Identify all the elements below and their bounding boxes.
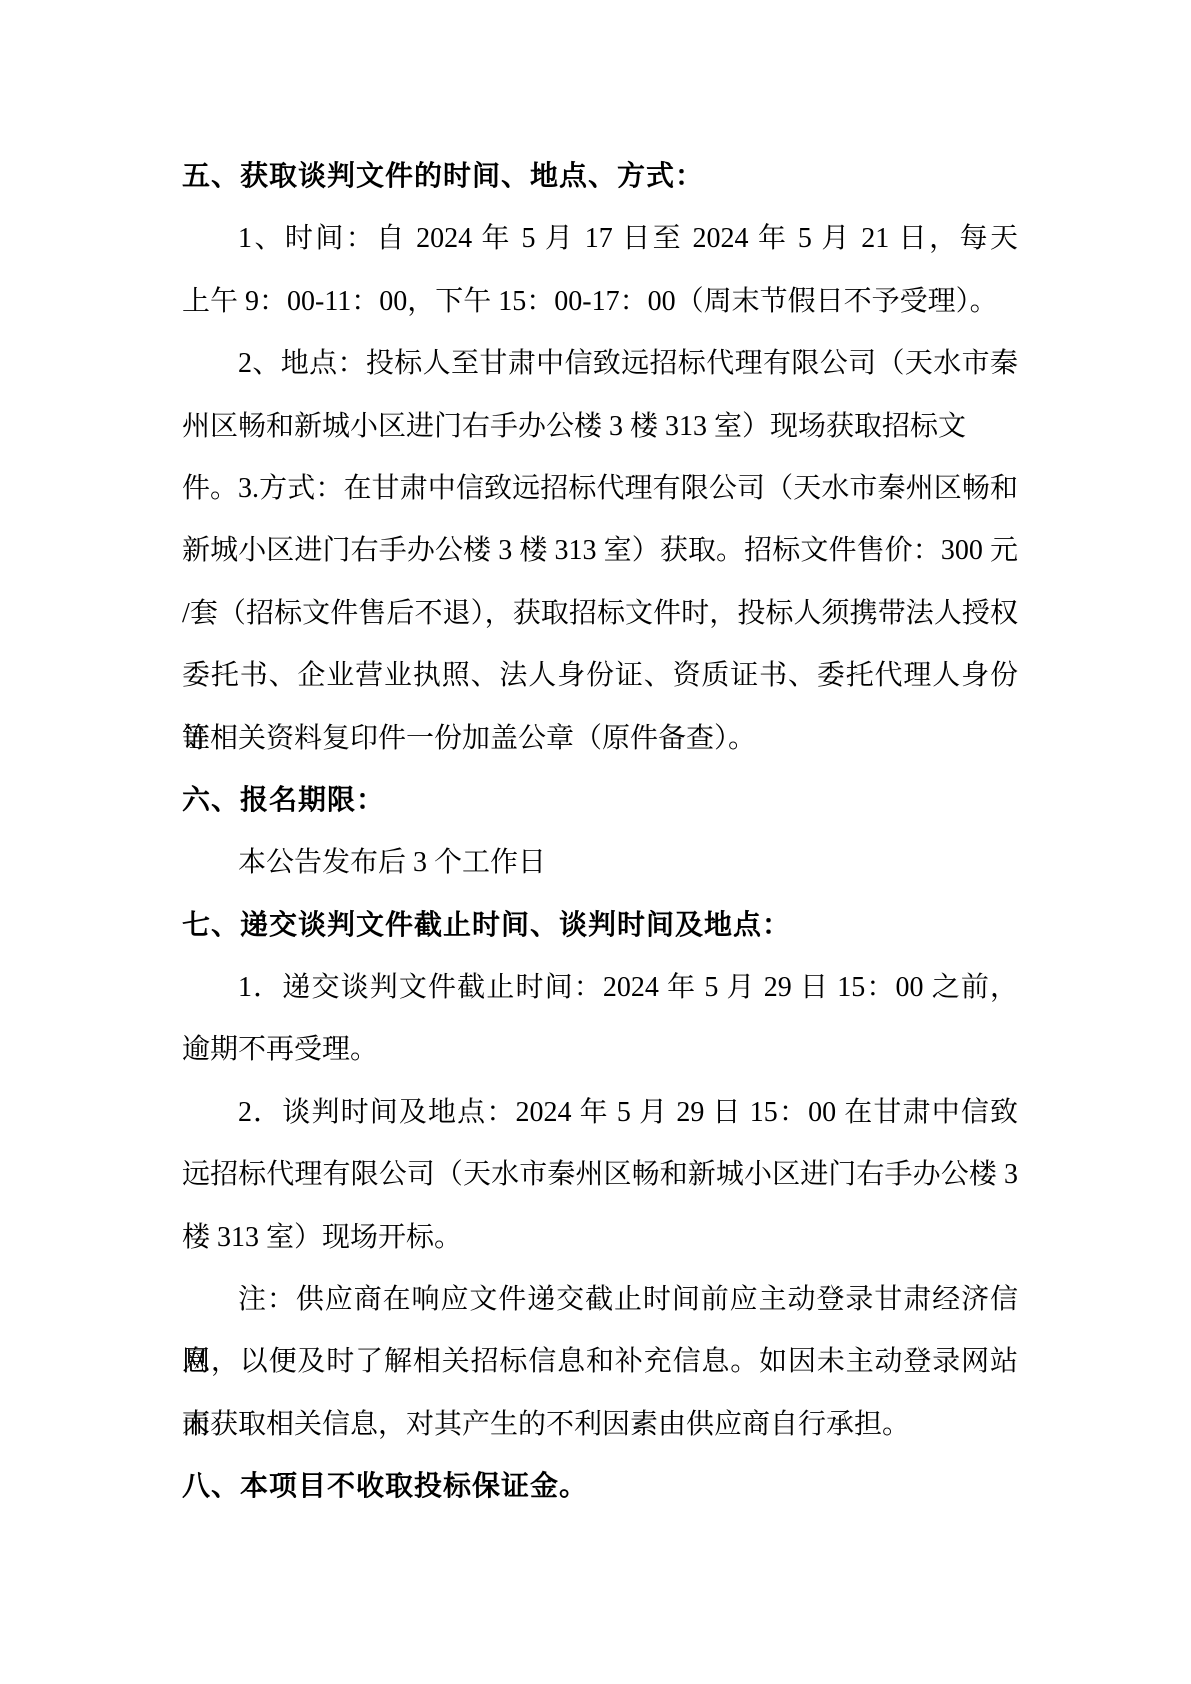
text-line: 注：供应商在响应文件递交截止时间前应主动登录甘肃经济信息 — [182, 1269, 1018, 1331]
section-heading: 五、获取谈判文件的时间、地点、方式： — [182, 146, 1018, 208]
text-line: 委托书、企业营业执照、法人身份证、资质证书、委托代理人身份证 — [182, 645, 1018, 707]
text-line: 1、时间：自 2024 年 5 月 17 日至 2024 年 5 月 21 日，… — [182, 208, 1018, 270]
document-content: 五、获取谈判文件的时间、地点、方式：1、时间：自 2024 年 5 月 17 日… — [182, 146, 1018, 1519]
section-heading: 六、报名期限： — [182, 770, 1018, 832]
section-heading: 八、本项目不收取投标保证金。 — [182, 1456, 1018, 1518]
section-heading: 七、递交谈判文件截止时间、谈判时间及地点： — [182, 895, 1018, 957]
text-line: 本公告发布后 3 个工作日 — [182, 832, 1018, 894]
paragraph: 2．谈判时间及地点：2024 年 5 月 29 日 15：00 在甘肃中信致远招… — [182, 1082, 1018, 1269]
text-line: 1．递交谈判文件截止时间：2024 年 5 月 29 日 15：00 之前， — [182, 957, 1018, 1019]
text-line: 2、地点：投标人至甘肃中信致远招标代理有限公司（天水市秦 — [182, 333, 1018, 395]
paragraph: 1、时间：自 2024 年 5 月 17 日至 2024 年 5 月 21 日，… — [182, 208, 1018, 333]
text-line: 3.方式：在甘肃中信致远招标代理有限公司（天水市秦州区畅和 — [182, 458, 1018, 520]
paragraph: 注：供应商在响应文件递交截止时间前应主动登录甘肃经济信息网，以便及时了解相关招标… — [182, 1269, 1018, 1456]
text-line: 远招标代理有限公司（天水市秦州区畅和新城小区进门右手办公楼 3 — [182, 1144, 1018, 1206]
text-line: 2．谈判时间及地点：2024 年 5 月 29 日 15：00 在甘肃中信致 — [182, 1082, 1018, 1144]
text-line: /套（招标文件售后不退），获取招标文件时，投标人须携带法人授权 — [182, 583, 1018, 645]
text-line: 上午 9：00-11：00，下午 15：00-17：00（周末节假日不予受理）。 — [182, 271, 1018, 333]
document-page: 五、获取谈判文件的时间、地点、方式：1、时间：自 2024 年 5 月 17 日… — [0, 0, 1191, 1684]
text-line: 州区畅和新城小区进门右手办公楼 3 楼 313 室）现场获取招标文件。 — [182, 396, 1018, 458]
text-line: 未获取相关信息，对其产生的不利因素由供应商自行承担。 — [182, 1394, 1018, 1456]
paragraph: 2、地点：投标人至甘肃中信致远招标代理有限公司（天水市秦州区畅和新城小区进门右手… — [182, 333, 1018, 458]
paragraph: 3.方式：在甘肃中信致远招标代理有限公司（天水市秦州区畅和新城小区进门右手办公楼… — [182, 458, 1018, 770]
text-line: 楼 313 室）现场开标。 — [182, 1207, 1018, 1269]
text-line: 逾期不再受理。 — [182, 1019, 1018, 1081]
text-line: 网，以便及时了解相关招标信息和补充信息。如因未主动登录网站而 — [182, 1331, 1018, 1393]
text-line: 等相关资料复印件一份加盖公章（原件备查）。 — [182, 708, 1018, 770]
paragraph: 1．递交谈判文件截止时间：2024 年 5 月 29 日 15：00 之前，逾期… — [182, 957, 1018, 1082]
text-line: 新城小区进门右手办公楼 3 楼 313 室）获取。招标文件售价：300 元 — [182, 520, 1018, 582]
paragraph: 本公告发布后 3 个工作日 — [182, 832, 1018, 894]
